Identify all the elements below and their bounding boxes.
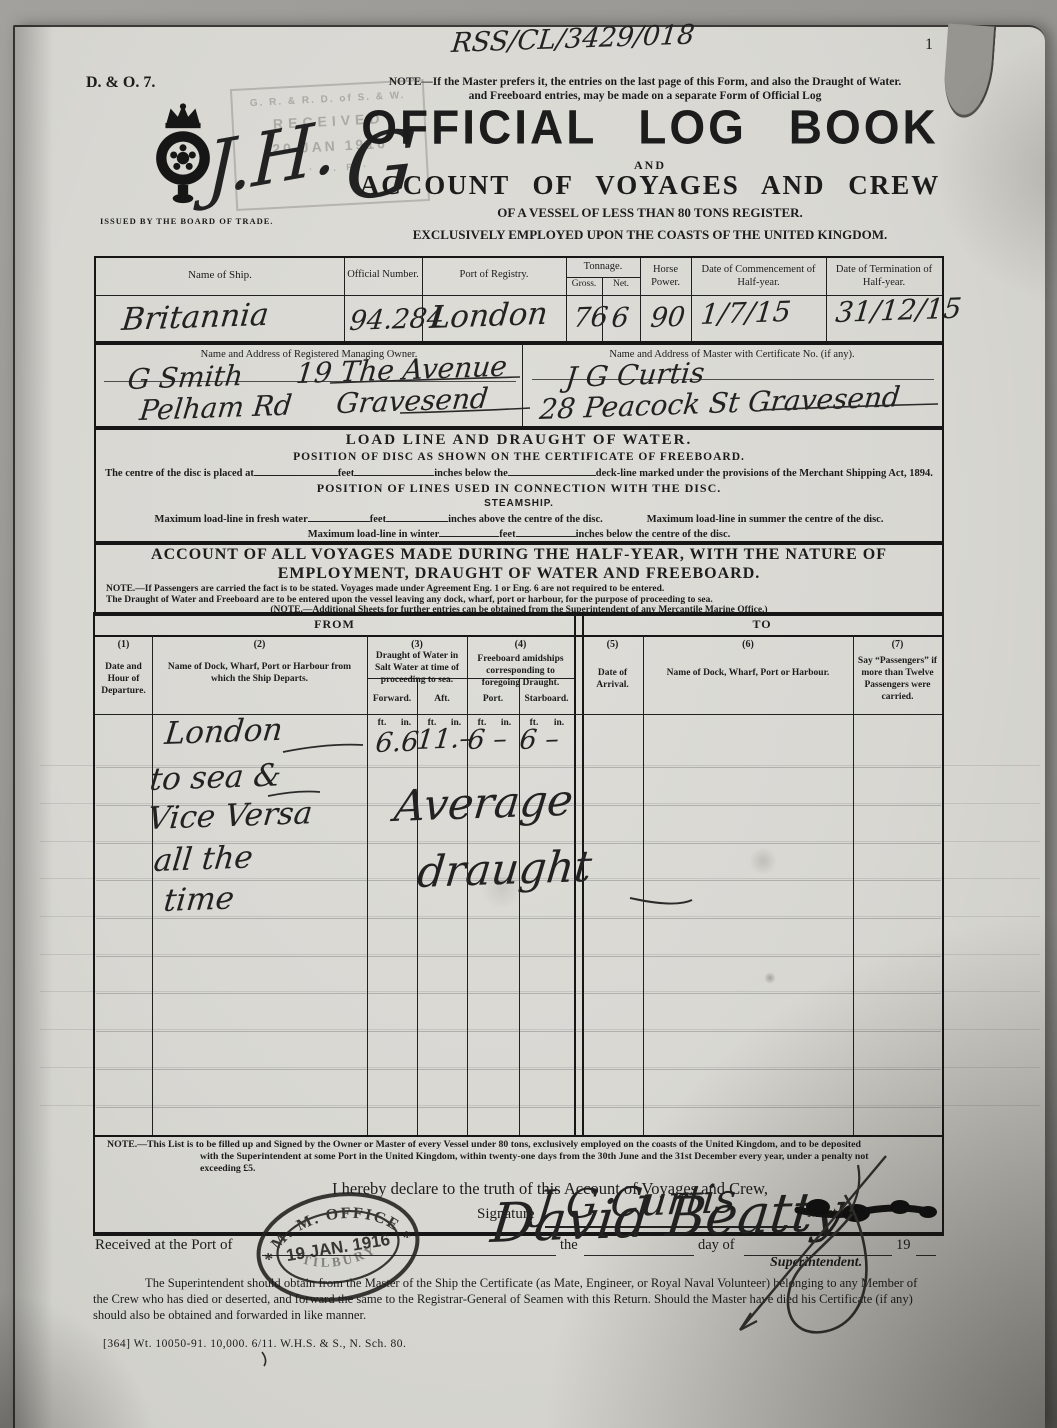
scanned-log-book-page: D. & O. 7. RSS/CL/3429/018 1 NOTE—If the… (0, 0, 1057, 1428)
ink-annotations (0, 0, 1057, 1428)
